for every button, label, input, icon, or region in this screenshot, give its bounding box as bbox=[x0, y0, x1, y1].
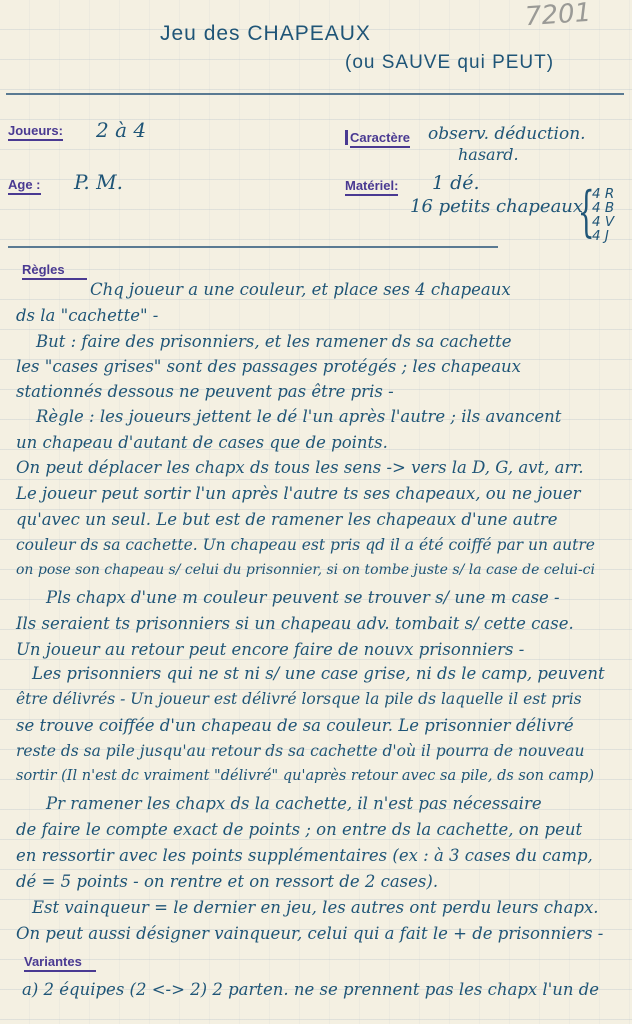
hat-color-yellow: 4 J bbox=[592, 229, 614, 243]
page-title: Jeu des CHAPEAUX bbox=[160, 22, 371, 46]
rules-line: en ressortir avec les points supplémenta… bbox=[16, 846, 593, 865]
rules-line: Un joueur au retour peut encore faire de… bbox=[16, 640, 524, 659]
caractere-value-1: observ. déduction. bbox=[428, 124, 586, 144]
rules-line: Les prisonniers qui ne st ni s/ une case… bbox=[32, 664, 605, 683]
rules-line: se trouve coiffée d'un chapeau de sa cou… bbox=[16, 716, 574, 735]
regles-label: Règles bbox=[22, 262, 87, 277]
hat-color-red: 4 R bbox=[592, 187, 614, 201]
rules-line: de faire le compte exact de points ; on … bbox=[16, 820, 582, 839]
caractere-label: Caractère bbox=[345, 130, 410, 145]
archive-number: 7201 bbox=[524, 0, 592, 32]
page-subtitle: (ou SAUVE qui PEUT) bbox=[345, 52, 554, 74]
rules-line: les "cases grises" sont des passages pro… bbox=[16, 357, 521, 376]
hat-color-blue: 4 B bbox=[592, 201, 614, 215]
rules-line: couleur ds sa cachette. Un chapeau est p… bbox=[16, 536, 595, 554]
age-label: Age : bbox=[8, 177, 41, 192]
rules-line: But : faire des prisonniers, et les rame… bbox=[36, 332, 511, 351]
variantes-label: Variantes bbox=[24, 954, 96, 969]
joueurs-label: Joueurs: bbox=[8, 123, 63, 138]
rules-line: Est vainqueur = le dernier en jeu, les a… bbox=[32, 898, 599, 917]
rules-line: ds la "cachette" - bbox=[16, 306, 158, 325]
rules-line: Pls chapx d'une m couleur peuvent se tro… bbox=[46, 588, 560, 607]
rules-line: stationnés dessous ne peuvent pas être p… bbox=[16, 382, 394, 401]
rules-line: Pr ramener les chapx ds la cachette, il … bbox=[46, 794, 542, 813]
variant-line: a) 2 équipes (2 <-> 2) 2 parten. ne se p… bbox=[22, 980, 599, 999]
caractere-value-2: hasard. bbox=[458, 145, 519, 164]
rules-line: être délivrés - Un joueur est délivré lo… bbox=[16, 690, 582, 708]
rules-line: Règle : les joueurs jettent le dé l'un a… bbox=[36, 407, 561, 426]
rules-line: on pose son chapeau s/ celui du prisonni… bbox=[16, 562, 595, 578]
header-divider bbox=[6, 93, 624, 95]
materiel-label: Matériel: bbox=[345, 178, 398, 193]
rules-line: Ils seraient ts prisonniers si un chapea… bbox=[16, 614, 574, 633]
rules-line: un chapeau d'autant de cases que de poin… bbox=[16, 433, 388, 452]
rules-line: sortir (Il n'est dc vraiment "délivré" q… bbox=[16, 768, 594, 784]
materiel-value-1: 1 dé. bbox=[432, 172, 480, 194]
rules-line: On peut aussi désigner vainqueur, celui … bbox=[16, 924, 603, 943]
materiel-value-2: 16 petits chapeaux bbox=[410, 196, 583, 217]
age-value: P. M. bbox=[74, 170, 123, 194]
rules-line: reste ds sa pile jusqu'au retour ds sa c… bbox=[16, 742, 584, 760]
rules-line: dé = 5 points - on rentre et on ressort … bbox=[16, 872, 438, 891]
joueurs-value: 2 à 4 bbox=[96, 118, 146, 142]
hat-color-list: 4 R 4 B 4 V 4 J bbox=[592, 187, 614, 243]
rules-line: qu'avec un seul. Le but est de ramener l… bbox=[16, 510, 558, 529]
rules-line: Le joueur peut sortir l'un après l'autre… bbox=[16, 484, 581, 503]
hat-color-green: 4 V bbox=[592, 215, 614, 229]
rules-line: Chq joueur a une couleur, et place ses 4… bbox=[90, 280, 511, 299]
fields-divider bbox=[8, 246, 498, 248]
rules-line: On peut déplacer les chapx ds tous les s… bbox=[16, 458, 584, 477]
